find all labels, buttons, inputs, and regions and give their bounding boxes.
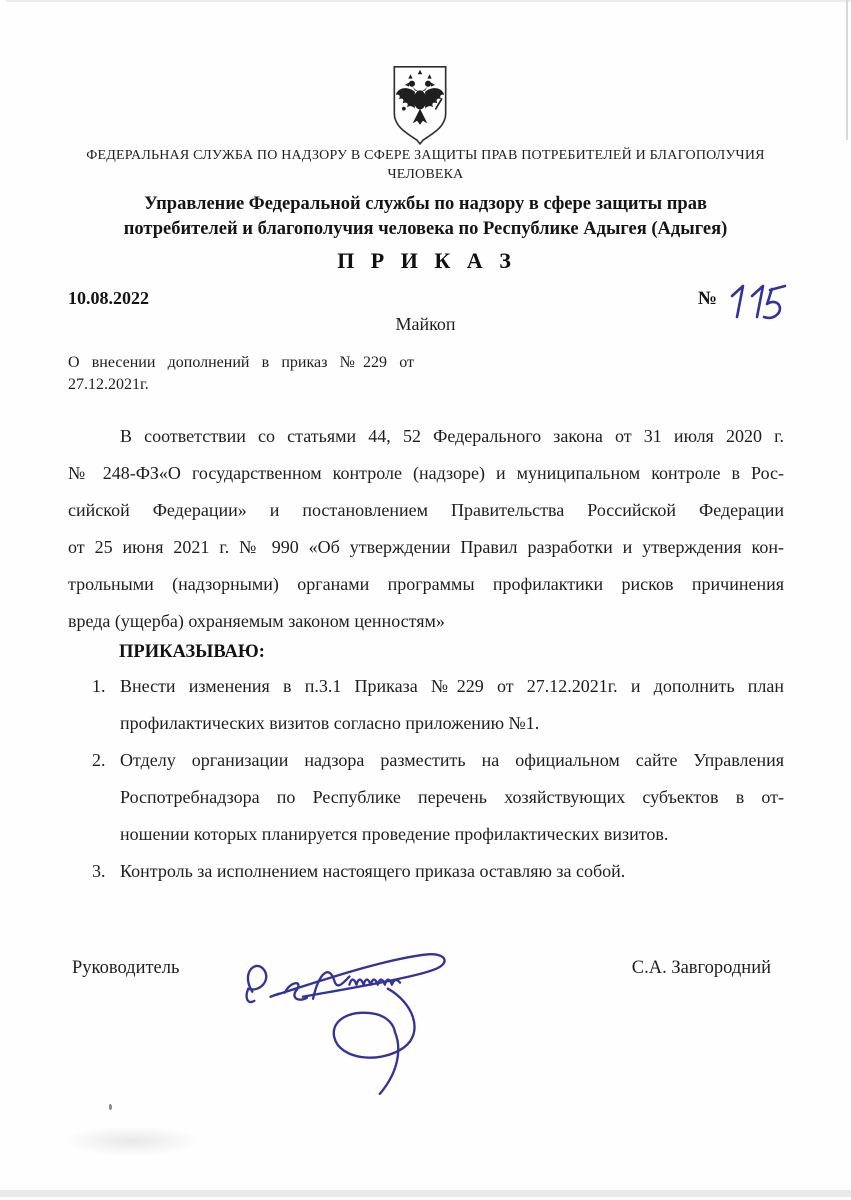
list-item-line: Внести изменения в п.3.1 Приказа №229 от… [120,668,784,705]
list-item-number: 2. [92,742,120,853]
scanned-order-document: ФЕДЕРАЛЬНАЯ СЛУЖБА ПО НАДЗОРУ В СФЕРЕ ЗА… [0,0,851,1200]
list-item-line: Отделу организации надзора разместить на… [120,742,784,779]
list-item-text: Отделу организации надзора разместить на… [120,742,784,853]
scan-artifact-fleck [109,1104,112,1110]
list-item-text: Внести изменения в п.3.1 Приказа №229 от… [120,668,784,742]
city-name: Майкоп [0,314,851,335]
list-item: 1. Внести изменения в п.3.1 Приказа №229… [92,668,784,742]
list-item-line: Роспотребнадзора по Республике перечень … [120,779,784,816]
agency-name: ФЕДЕРАЛЬНАЯ СЛУЖБА ПО НАДЗОРУ В СФЕРЕ ЗА… [0,146,851,184]
order-word: ПРИКАЗЫВАЮ: [119,637,265,667]
subject-line1: О внесении дополнений в приказ №229 от [68,352,414,374]
list-item-text: Контроль за исполнением настоящего прика… [120,853,784,890]
body-paragraph: В соответствии со статьями 44, 52 Федера… [68,418,784,640]
agency-name-line1: ФЕДЕРАЛЬНАЯ СЛУЖБА ПО НАДЗОРУ В СФЕРЕ ЗА… [0,146,851,165]
body-line: трольными (надзорными) органами программ… [68,566,784,603]
list-item: 2. Отделу организации надзора разместить… [92,742,784,853]
department-name: Управление Федеральной службы по надзору… [0,192,851,242]
signer-name: С.А. Завгородний [632,958,771,979]
document-title: П Р И К А З [0,248,851,274]
order-date: 10.08.2022 [68,288,149,309]
subject-line: О внесении дополнений в приказ №229 от 2… [68,352,414,395]
handwritten-signature [226,936,484,1096]
subject-line2: 27.12.2021г. [68,374,414,396]
list-item: 3. Контроль за исполнением настоящего пр… [92,853,784,890]
department-name-line1: Управление Федеральной службы по надзору… [0,192,851,217]
list-item-line: ношении которых планируется проведение п… [120,816,784,853]
list-item-number: 1. [92,668,120,742]
body-line: от 25 июня 2021 г. № 990 «Об утверждении… [68,529,784,566]
scan-artifact-top-edge [6,0,851,2]
body-line: № 248-ФЗ«О государственном контроле (над… [68,455,784,492]
list-item-line: профилактических визитов согласно прилож… [120,705,784,742]
scan-artifact-smudge [62,1126,202,1156]
russia-coat-of-arms-icon [387,62,453,148]
department-name-line2: потребителей и благополучия человека по … [0,217,851,242]
signer-position: Руководитель [72,958,179,979]
order-items-list: 1. Внести изменения в п.3.1 Приказа №229… [92,668,784,890]
number-sign-label: № [698,288,717,310]
agency-name-line2: ЧЕЛОВЕКА [0,165,851,184]
scan-artifact-bottom-edge [0,1190,851,1197]
body-line: В соответствии со статьями 44, 52 Федера… [68,418,784,455]
scan-artifact-right-edge [846,0,848,140]
list-item-number: 3. [92,853,120,890]
body-line: вреда (ущерба) охраняемым законом ценнос… [68,603,784,640]
list-item-line: Контроль за исполнением настоящего прика… [120,853,784,890]
body-line: сийской Федерации» и постановлением Прав… [68,492,784,529]
